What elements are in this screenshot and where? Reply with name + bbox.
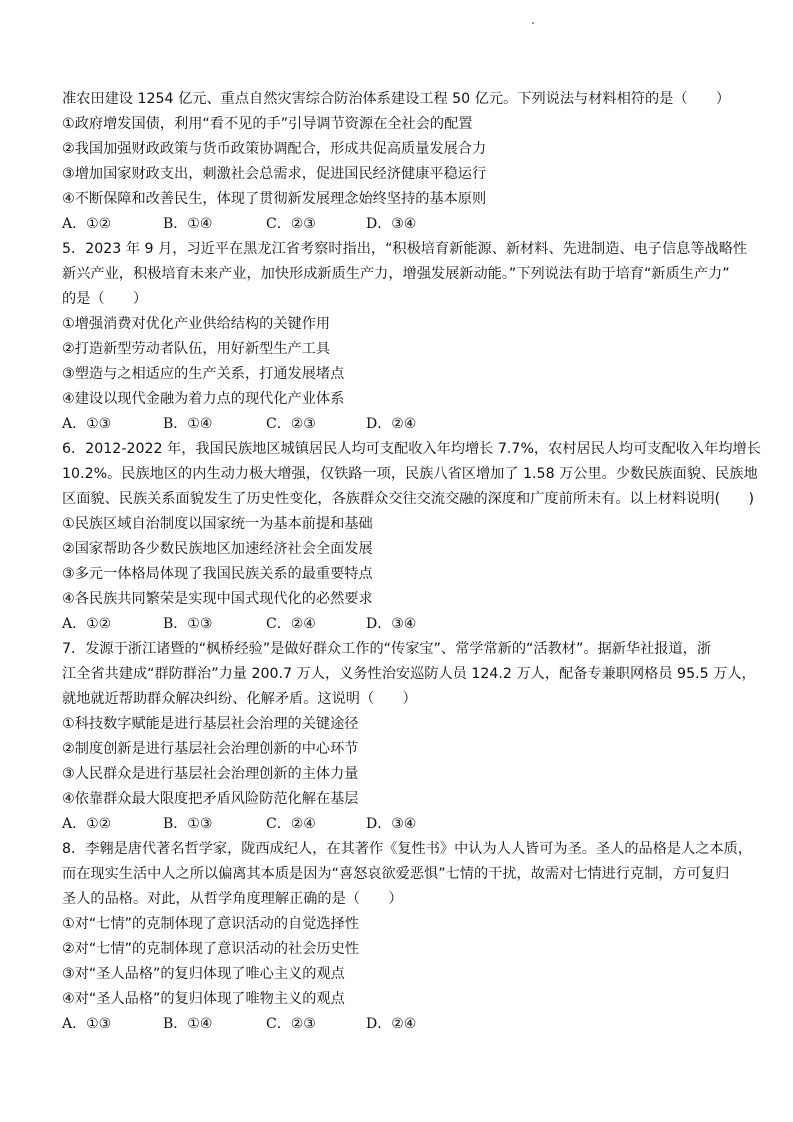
question-stem-line: 江全省共建成“群防群治”力量 200.7 万人，义务性治安巡防人员 124.2 …	[62, 664, 732, 689]
option-value: ①④	[187, 1016, 212, 1032]
option-label: D．	[366, 616, 391, 632]
option-label: A．	[62, 616, 86, 632]
option-a[interactable]: A．①②	[62, 614, 111, 634]
question-stem-line: 8．李翱是唐代著名哲学家，陇西成纪人，在其著作《复性书》中认为人人皆可为圣。圣人…	[62, 839, 732, 864]
exam-page: 准农田建设 1254 亿元、重点自然灾害综合防治体系建设工程 50 亿元。下列说…	[62, 89, 732, 1039]
option-b[interactable]: B．①③	[163, 614, 212, 634]
scan-dot-mark	[532, 22, 534, 24]
statement-4: ④对“圣人品格”的复归体现了唯物主义的观点	[62, 989, 732, 1014]
question-stem-line: 5．2023 年 9 月，习近平在黑龙江省考察时指出，“积极培育新能源、新材料、…	[62, 239, 732, 264]
question-stem-line: 新兴产业，积极培育未来产业，加快形成新质生产力，增强发展新动能。”下列说法有助于…	[62, 264, 732, 289]
question-stem-line: 区面貌、民族关系面貌发生了历史性变化，各族群众交往交流交融的深度和广度前所未有。…	[62, 489, 732, 514]
option-value: ①③	[86, 416, 111, 432]
option-value: ②④	[291, 616, 316, 632]
option-value: ③④	[391, 616, 416, 632]
option-d[interactable]: D．②④	[366, 414, 416, 434]
option-label: D．	[366, 416, 391, 432]
option-a[interactable]: A．①③	[62, 414, 111, 434]
option-b[interactable]: B．①④	[163, 214, 212, 234]
question-stem-line: 7．发源于浙江诸暨的“枫桥经验”是做好群众工作的“传家宝”、常学常新的“活教材”…	[62, 639, 732, 664]
option-b[interactable]: B．①④	[163, 414, 212, 434]
answer-options: A．①② B．①③ C．②④ D．③④	[62, 614, 732, 639]
option-value: ①②	[86, 616, 111, 632]
option-value: ①②	[86, 216, 111, 232]
statement-3: ③对“圣人品格”的复归体现了唯心主义的观点	[62, 964, 732, 989]
question-5: 5．2023 年 9 月，习近平在黑龙江省考察时指出，“积极培育新能源、新材料、…	[62, 239, 732, 439]
option-label: C．	[266, 416, 291, 432]
option-label: C．	[266, 816, 291, 832]
question-stem-line: 6．2012-2022 年，我国民族地区城镇居民人均可支配收入年均增长 7.7%…	[62, 439, 732, 464]
statement-4: ④各民族共同繁荣是实现中国式现代化的必然要求	[62, 589, 732, 614]
option-label: D．	[366, 216, 391, 232]
option-label: B．	[163, 416, 187, 432]
option-value: ②③	[291, 216, 316, 232]
option-value: ②④	[291, 816, 316, 832]
statement-1: ①政府增发国债，利用“看不见的手”引导调节资源在全社会的配置	[62, 114, 732, 139]
question-stem-line: 的是（ ）	[62, 289, 732, 314]
option-value: ②④	[391, 416, 416, 432]
question-stem-line: 圣人的品格。对此，从哲学角度理解正确的是（ ）	[62, 889, 732, 914]
option-value: ③④	[391, 816, 416, 832]
option-c[interactable]: C．②④	[266, 814, 316, 834]
statement-3: ③增加国家财政支出，刺激社会总需求，促进国民经济健康平稳运行	[62, 164, 732, 189]
option-label: C．	[266, 616, 291, 632]
answer-options: A．①② B．①④ C．②③ D．③④	[62, 214, 732, 239]
question-6: 6．2012-2022 年，我国民族地区城镇居民人均可支配收入年均增长 7.7%…	[62, 439, 732, 639]
statement-2: ②打造新型劳动者队伍，用好新型生产工具	[62, 339, 732, 364]
option-label: A．	[62, 816, 86, 832]
option-d[interactable]: D．③④	[366, 614, 416, 634]
statement-2: ②对“七情”的克制体现了意识活动的社会历史性	[62, 939, 732, 964]
option-b[interactable]: B．①④	[163, 1014, 212, 1034]
answer-options: A．①③ B．①④ C．②③ D．②④	[62, 414, 732, 439]
option-c[interactable]: C．②③	[266, 414, 316, 434]
option-value: ①④	[187, 216, 212, 232]
statement-4: ④建设以现代金融为着力点的现代化产业体系	[62, 389, 732, 414]
question-stem-line: 准农田建设 1254 亿元、重点自然灾害综合防治体系建设工程 50 亿元。下列说…	[62, 89, 732, 114]
option-c[interactable]: C．②③	[266, 1014, 316, 1034]
statement-1: ①对“七情”的克制体现了意识活动的自觉选择性	[62, 914, 732, 939]
option-value: ②④	[391, 1016, 416, 1032]
option-label: B．	[163, 216, 187, 232]
option-value: ①③	[86, 1016, 111, 1032]
statement-2: ②制度创新是进行基层社会治理创新的中心环节	[62, 739, 732, 764]
statement-2: ②我国加强财政政策与货币政策协调配合，形成共促高质量发展合力	[62, 139, 732, 164]
option-label: D．	[366, 816, 391, 832]
statement-1: ①民族区域自治制度以国家统一为基本前提和基础	[62, 514, 732, 539]
statement-3: ③多元一体格局体现了我国民族关系的最重要特点	[62, 564, 732, 589]
answer-options: A．①③ B．①④ C．②③ D．②④	[62, 1014, 732, 1039]
statement-3: ③人民群众是进行基层社会治理创新的主体力量	[62, 764, 732, 789]
option-value: ①②	[86, 816, 111, 832]
option-value: ①④	[187, 416, 212, 432]
option-value: ②③	[291, 1016, 316, 1032]
question-stem-line: 10.2%。民族地区的内生动力极大增强，仅铁路一项，民族八省区增加了 1.58 …	[62, 464, 732, 489]
question-7: 7．发源于浙江诸暨的“枫桥经验”是做好群众工作的“传家宝”、常学常新的“活教材”…	[62, 639, 732, 839]
option-a[interactable]: A．①②	[62, 214, 111, 234]
option-label: C．	[266, 216, 291, 232]
answer-options: A．①② B．①③ C．②④ D．③④	[62, 814, 732, 839]
option-label: A．	[62, 216, 86, 232]
option-c[interactable]: C．②③	[266, 214, 316, 234]
statement-4: ④依靠群众最大限度把矛盾风险防范化解在基层	[62, 789, 732, 814]
statement-1: ①增强消费对优化产业供给结构的关键作用	[62, 314, 732, 339]
option-value: ①③	[187, 816, 212, 832]
question-stem-line: 而在现实生活中人之所以偏离其本质是因为“喜怒哀欲爱恶惧”七情的干扰，故需对七情进…	[62, 864, 732, 889]
question-4: 准农田建设 1254 亿元、重点自然灾害综合防治体系建设工程 50 亿元。下列说…	[62, 89, 732, 239]
question-stem-line: 就地就近帮助群众解决纠纷、化解矛盾。这说明（ ）	[62, 689, 732, 714]
option-label: A．	[62, 1016, 86, 1032]
option-label: B．	[163, 616, 187, 632]
question-8: 8．李翱是唐代著名哲学家，陇西成纪人，在其著作《复性书》中认为人人皆可为圣。圣人…	[62, 839, 732, 1039]
option-a[interactable]: A．①③	[62, 1014, 111, 1034]
option-label: A．	[62, 416, 86, 432]
option-label: B．	[163, 1016, 187, 1032]
option-b[interactable]: B．①③	[163, 814, 212, 834]
option-c[interactable]: C．②④	[266, 614, 316, 634]
option-label: B．	[163, 816, 187, 832]
option-d[interactable]: D．②④	[366, 1014, 416, 1034]
option-value: ②③	[291, 416, 316, 432]
option-value: ①③	[187, 616, 212, 632]
statement-1: ①科技数字赋能是进行基层社会治理的关键途径	[62, 714, 732, 739]
option-value: ③④	[391, 216, 416, 232]
option-d[interactable]: D．③④	[366, 814, 416, 834]
statement-3: ③塑造与之相适应的生产关系，打通发展堵点	[62, 364, 732, 389]
option-label: C．	[266, 1016, 291, 1032]
option-label: D．	[366, 1016, 391, 1032]
statement-4: ④不断保障和改善民生，体现了贯彻新发展理念始终坚持的基本原则	[62, 189, 732, 214]
option-a[interactable]: A．①②	[62, 814, 111, 834]
option-d[interactable]: D．③④	[366, 214, 416, 234]
statement-2: ②国家帮助各少数民族地区加速经济社会全面发展	[62, 539, 732, 564]
